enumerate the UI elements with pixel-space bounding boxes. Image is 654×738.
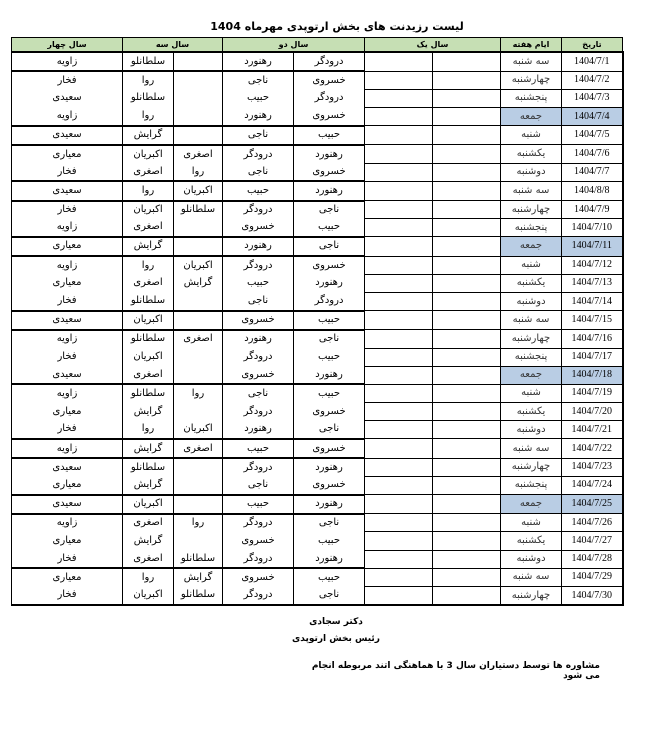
year2-cell-b: ناجی xyxy=(223,476,294,494)
year3-cell-a xyxy=(174,89,223,107)
date-cell: 1404/7/3 xyxy=(562,89,623,107)
year1-cell-b xyxy=(365,274,433,292)
year1-cell-a xyxy=(433,532,501,550)
year4-cell: زاویه xyxy=(12,219,123,237)
year2-cell-a: رهنورد xyxy=(294,495,365,514)
year2-cell-a: حبیب xyxy=(294,126,365,145)
year3-cell-b: گرایش xyxy=(123,476,174,494)
year1-cell-a xyxy=(433,384,501,402)
year2-cell-a: ناجی xyxy=(294,514,365,532)
year3-cell-b: روا xyxy=(123,256,174,274)
year1-cell-b xyxy=(365,181,433,200)
year1-cell-b xyxy=(365,292,433,310)
year3-cell-b: گرایش xyxy=(123,439,174,458)
table-row: معیاریاصغریگرایشحبیبرهنوردیکشنبه1404/7/1… xyxy=(12,274,623,292)
year3-cell-b: روا xyxy=(123,108,174,126)
year3-cell-a xyxy=(174,458,223,476)
signature-role: رئیس بخش ارتوپدی xyxy=(276,634,396,644)
year3-cell-b: اکبریان xyxy=(123,201,174,219)
year2-cell-b: ناجی xyxy=(223,71,294,89)
year2-cell-b: رهنورد xyxy=(223,237,294,256)
weekday-cell: سه شنبه xyxy=(501,52,562,71)
year2-cell-a: رهنورد xyxy=(294,550,365,568)
table-row: فخارسلطانلوناجیدرودگردوشنبه1404/7/14 xyxy=(12,292,623,310)
year1-cell-a xyxy=(433,292,501,310)
weekday-cell: شنبه xyxy=(501,384,562,402)
year1-cell-a xyxy=(433,219,501,237)
year2-cell-a: خسروی xyxy=(294,256,365,274)
year2-cell-b: ناجی xyxy=(223,163,294,181)
year2-cell-b: حبیب xyxy=(223,181,294,200)
year2-cell-a: خسروی xyxy=(294,439,365,458)
year2-cell-b: درودگر xyxy=(223,458,294,476)
year2-cell-b: خسروی xyxy=(223,568,294,586)
year2-cell-a: حبیب xyxy=(294,348,365,366)
weekday-cell: پنجشنبه xyxy=(501,89,562,107)
year1-cell-b xyxy=(365,366,433,384)
year3-cell-b: گرایش xyxy=(123,403,174,421)
year1-cell-b xyxy=(365,89,433,107)
year3-cell-a: اکبریان xyxy=(174,421,223,439)
weekday-cell: چهارشنبه xyxy=(501,458,562,476)
year1-cell-b xyxy=(365,384,433,402)
year4-cell: فخار xyxy=(12,550,123,568)
weekday-cell: شنبه xyxy=(501,514,562,532)
date-cell: 1404/7/10 xyxy=(562,219,623,237)
year3-cell-a xyxy=(174,476,223,494)
year4-cell: معیاری xyxy=(12,568,123,586)
year2-cell-a: ناجی xyxy=(294,237,365,256)
year1-cell-b xyxy=(365,421,433,439)
year1-cell-b xyxy=(365,514,433,532)
table-row: سعیدیاکبریانحبیبرهنوردجمعه1404/7/25 xyxy=(12,495,623,514)
date-cell: 1404/7/22 xyxy=(562,439,623,458)
date-cell: 1404/7/1 xyxy=(562,52,623,71)
table-row: معیاریگرایشدرودگرخسروییکشنبه1404/7/20 xyxy=(12,403,623,421)
table-row: زاویهگرایشاصغریحبیبخسرویسه شنبه1404/7/22 xyxy=(12,439,623,458)
year2-cell-b: خسروی xyxy=(223,532,294,550)
year4-cell: زاویه xyxy=(12,439,123,458)
header-year4: سال چهار xyxy=(12,38,123,53)
year2-cell-a: حبیب xyxy=(294,568,365,586)
table-row: فخاراکبریانسلطانلودرودگرناجیچهارشنبه1404… xyxy=(12,586,623,605)
year2-cell-b: درودگر xyxy=(223,403,294,421)
signature-name: دکتر سجادی xyxy=(296,617,376,627)
year2-cell-a: حبیب xyxy=(294,219,365,237)
year3-cell-b: سلطانلو xyxy=(123,52,174,71)
year1-cell-b xyxy=(365,476,433,494)
year3-cell-b: اکبریان xyxy=(123,495,174,514)
weekday-cell: یکشنبه xyxy=(501,145,562,163)
table-row: سعیدیاکبریانخسرویحبیبسه شنبه1404/7/15 xyxy=(12,311,623,330)
year1-cell-b xyxy=(365,458,433,476)
year1-cell-a xyxy=(433,550,501,568)
table-row: معیاریرواگرایشخسرویحبیبسه شنبه1404/7/29 xyxy=(12,568,623,586)
date-cell: 1404/7/20 xyxy=(562,403,623,421)
year4-cell: فخار xyxy=(12,421,123,439)
weekday-cell: دوشنبه xyxy=(501,550,562,568)
weekday-cell: پنجشنبه xyxy=(501,476,562,494)
year2-cell-a: خسروی xyxy=(294,163,365,181)
year2-cell-a: خسروی xyxy=(294,71,365,89)
date-cell: 1404/8/8 xyxy=(562,181,623,200)
table-row: معیاریگرایشخسرویحبیبیکشنبه1404/7/27 xyxy=(12,532,623,550)
year3-cell-a: سلطانلو xyxy=(174,201,223,219)
year3-cell-a: گرایش xyxy=(174,568,223,586)
weekday-cell: چهارشنبه xyxy=(501,71,562,89)
weekday-cell: شنبه xyxy=(501,256,562,274)
year3-cell-b: اصغری xyxy=(123,274,174,292)
date-cell: 1404/7/25 xyxy=(562,495,623,514)
year2-cell-a: درودگر xyxy=(294,292,365,310)
year3-cell-a xyxy=(174,71,223,89)
year3-cell-b: اصغری xyxy=(123,366,174,384)
year1-cell-a xyxy=(433,439,501,458)
table-row: فخاررواناجیخسرویچهارشنبه1404/7/2 xyxy=(12,71,623,89)
year3-cell-a: اصغری xyxy=(174,145,223,163)
year2-cell-b: درودگر xyxy=(223,201,294,219)
weekday-cell: یکشنبه xyxy=(501,532,562,550)
year1-cell-a xyxy=(433,568,501,586)
year3-cell-b: اکبریان xyxy=(123,311,174,330)
year1-cell-b xyxy=(365,256,433,274)
year2-cell-b: درودگر xyxy=(223,586,294,605)
year3-cell-b: اصغری xyxy=(123,550,174,568)
year1-cell-b xyxy=(365,532,433,550)
weekday-cell: یکشنبه xyxy=(501,274,562,292)
year4-cell: فخار xyxy=(12,163,123,181)
year1-cell-b xyxy=(365,330,433,348)
year3-cell-a: روا xyxy=(174,514,223,532)
year2-cell-a: حبیب xyxy=(294,311,365,330)
year3-cell-b: اصغری xyxy=(123,163,174,181)
year1-cell-a xyxy=(433,403,501,421)
date-cell: 1404/7/2 xyxy=(562,71,623,89)
year3-cell-a xyxy=(174,292,223,310)
date-cell: 1404/7/23 xyxy=(562,458,623,476)
header-year3: سال سه xyxy=(123,38,223,53)
year1-cell-a xyxy=(433,330,501,348)
year2-cell-a: حبیب xyxy=(294,532,365,550)
weekday-cell: شنبه xyxy=(501,126,562,145)
table-row: سعیدیاصغریخسرویرهنوردجمعه1404/7/18 xyxy=(12,366,623,384)
year2-cell-a: درودگر xyxy=(294,52,365,71)
year4-cell: سعیدی xyxy=(12,181,123,200)
year2-cell-b: حبیب xyxy=(223,89,294,107)
year2-cell-a: رهنورد xyxy=(294,181,365,200)
year3-cell-b: روا xyxy=(123,421,174,439)
weekday-cell: دوشنبه xyxy=(501,421,562,439)
year1-cell-a xyxy=(433,256,501,274)
year1-cell-a xyxy=(433,181,501,200)
year1-cell-b xyxy=(365,237,433,256)
year1-cell-a xyxy=(433,366,501,384)
date-cell: 1404/7/21 xyxy=(562,421,623,439)
table-row: زاویهاصغریروادرودگرناجیشنبه1404/7/26 xyxy=(12,514,623,532)
year1-cell-a xyxy=(433,586,501,605)
year4-cell: سعیدی xyxy=(12,311,123,330)
table-row: سعیدیسلطانلوحبیبدرودگرپنجشنبه1404/7/3 xyxy=(12,89,623,107)
year1-cell-a xyxy=(433,421,501,439)
year2-cell-b: درودگر xyxy=(223,348,294,366)
table-row: سعیدیگرایشناجیحبیبشنبه1404/7/5 xyxy=(12,126,623,145)
year4-cell: فخار xyxy=(12,348,123,366)
table-row: زاویهسلطانلورهنورددرودگرسه شنبه1404/7/1 xyxy=(12,52,623,71)
year2-cell-a: خسروی xyxy=(294,108,365,126)
weekday-cell: سه شنبه xyxy=(501,181,562,200)
year3-cell-b: سلطانلو xyxy=(123,292,174,310)
weekday-cell: جمعه xyxy=(501,366,562,384)
weekday-cell: جمعه xyxy=(501,495,562,514)
year1-cell-b xyxy=(365,163,433,181)
year3-cell-a: اصغری xyxy=(174,330,223,348)
year4-cell: زاویه xyxy=(12,256,123,274)
weekday-cell: سه شنبه xyxy=(501,439,562,458)
year3-cell-b: روا xyxy=(123,568,174,586)
year2-cell-a: رهنورد xyxy=(294,366,365,384)
consultation-note: مشاوره ها توسط دستیاران سال 3 با هماهنگی… xyxy=(300,661,600,681)
date-cell: 1404/7/6 xyxy=(562,145,623,163)
year4-cell: سعیدی xyxy=(12,89,123,107)
year4-cell: زاویه xyxy=(12,330,123,348)
year3-cell-a xyxy=(174,366,223,384)
date-cell: 1404/7/19 xyxy=(562,384,623,402)
weekday-cell: سه شنبه xyxy=(501,311,562,330)
year2-cell-a: ناجی xyxy=(294,421,365,439)
date-cell: 1404/7/4 xyxy=(562,108,623,126)
year3-cell-a xyxy=(174,126,223,145)
year2-cell-b: رهنورد xyxy=(223,421,294,439)
table-row: زاویهروااکبریاندرودگرخسرویشنبه1404/7/12 xyxy=(12,256,623,274)
year3-cell-a: سلطانلو xyxy=(174,586,223,605)
weekday-cell: دوشنبه xyxy=(501,292,562,310)
schedule-table: سال چهار سال سه سال دو سال یک ایام هفته … xyxy=(11,37,624,606)
year3-cell-b: روا xyxy=(123,71,174,89)
year3-cell-b: اصغری xyxy=(123,514,174,532)
year3-cell-a xyxy=(174,219,223,237)
year2-cell-a: خسروی xyxy=(294,403,365,421)
year2-cell-b: حبیب xyxy=(223,439,294,458)
year2-cell-a: رهنورد xyxy=(294,274,365,292)
year2-cell-b: رهنورد xyxy=(223,52,294,71)
date-cell: 1404/7/29 xyxy=(562,568,623,586)
year4-cell: معیاری xyxy=(12,274,123,292)
year1-cell-a xyxy=(433,495,501,514)
year1-cell-b xyxy=(365,439,433,458)
year2-cell-b: درودگر xyxy=(223,256,294,274)
year4-cell: سعیدی xyxy=(12,495,123,514)
date-cell: 1404/7/5 xyxy=(562,126,623,145)
year3-cell-a xyxy=(174,52,223,71)
year3-cell-a xyxy=(174,108,223,126)
header-date: تاریخ xyxy=(562,38,623,53)
weekday-cell: پنجشنبه xyxy=(501,348,562,366)
year3-cell-b: گرایش xyxy=(123,532,174,550)
year4-cell: سعیدی xyxy=(12,458,123,476)
year3-cell-b: اکبریان xyxy=(123,145,174,163)
table-row: سعیدیسلطانلودرودگررهنوردچهارشنبه1404/7/2… xyxy=(12,458,623,476)
table-row: زاویهروارهنوردخسرویجمعه1404/7/4 xyxy=(12,108,623,126)
year3-cell-a xyxy=(174,237,223,256)
title-text: لیست رزیدنت های بخش ارتوپدی مهرماه 1404 xyxy=(210,20,463,33)
schedule-body: زاویهسلطانلورهنورددرودگرسه شنبه1404/7/1ف… xyxy=(12,52,623,605)
year3-cell-a xyxy=(174,495,223,514)
header-year2: سال دو xyxy=(223,38,365,53)
date-cell: 1404/7/15 xyxy=(562,311,623,330)
table-row: معیاریاکبریاناصغریدرودگررهنوردیکشنبه1404… xyxy=(12,145,623,163)
table-row: فخاراکبریانسلطانلودرودگرناجیچهارشنبه1404… xyxy=(12,201,623,219)
year3-cell-a: روا xyxy=(174,384,223,402)
header-weekday: ایام هفته xyxy=(501,38,562,53)
page-title: لیست رزیدنت های بخش ارتوپدی مهرماه 1404 xyxy=(0,20,654,33)
year1-cell-a xyxy=(433,201,501,219)
year3-cell-b: اصغری xyxy=(123,219,174,237)
date-cell: 1404/7/13 xyxy=(562,274,623,292)
year3-cell-b: گرایش xyxy=(123,237,174,256)
table-row: سعیدیروااکبریانحبیبرهنوردسه شنبه1404/8/8 xyxy=(12,181,623,200)
year4-cell: معیاری xyxy=(12,532,123,550)
table-row: فخاراکبریاندرودگرحبیبپنجشنبه1404/7/17 xyxy=(12,348,623,366)
weekday-cell: سه شنبه xyxy=(501,568,562,586)
year2-cell-a: حبیب xyxy=(294,384,365,402)
date-cell: 1404/7/17 xyxy=(562,348,623,366)
year1-cell-b xyxy=(365,311,433,330)
year3-cell-a: اکبریان xyxy=(174,181,223,200)
year3-cell-b: روا xyxy=(123,181,174,200)
year4-cell: معیاری xyxy=(12,145,123,163)
date-cell: 1404/7/12 xyxy=(562,256,623,274)
table-row: معیاریگرایشرهنوردناجیجمعه1404/7/11 xyxy=(12,237,623,256)
year1-cell-b xyxy=(365,219,433,237)
year2-cell-a: رهنورد xyxy=(294,458,365,476)
year2-cell-a: ناجی xyxy=(294,586,365,605)
year2-cell-b: درودگر xyxy=(223,550,294,568)
year1-cell-b xyxy=(365,550,433,568)
year2-cell-a: درودگر xyxy=(294,89,365,107)
year2-cell-b: حبیب xyxy=(223,495,294,514)
year1-cell-b xyxy=(365,348,433,366)
year3-cell-a xyxy=(174,311,223,330)
year2-cell-b: ناجی xyxy=(223,384,294,402)
year1-cell-a xyxy=(433,476,501,494)
year1-cell-a xyxy=(433,89,501,107)
weekday-cell: جمعه xyxy=(501,237,562,256)
year2-cell-a: رهنورد xyxy=(294,145,365,163)
date-cell: 1404/7/7 xyxy=(562,163,623,181)
header-year1: سال یک xyxy=(365,38,501,53)
year3-cell-b: سلطانلو xyxy=(123,458,174,476)
year3-cell-b: سلطانلو xyxy=(123,89,174,107)
year1-cell-b xyxy=(365,201,433,219)
date-cell: 1404/7/9 xyxy=(562,201,623,219)
year2-cell-b: رهنورد xyxy=(223,108,294,126)
weekday-cell: پنجشنبه xyxy=(501,219,562,237)
year4-cell: سعیدی xyxy=(12,126,123,145)
year3-cell-b: اکبریان xyxy=(123,348,174,366)
year3-cell-a: اصغری xyxy=(174,439,223,458)
year3-cell-a xyxy=(174,532,223,550)
date-cell: 1404/7/16 xyxy=(562,330,623,348)
year1-cell-a xyxy=(433,514,501,532)
date-cell: 1404/7/30 xyxy=(562,586,623,605)
header-row: سال چهار سال سه سال دو سال یک ایام هفته … xyxy=(12,38,623,53)
year1-cell-a xyxy=(433,311,501,330)
weekday-cell: یکشنبه xyxy=(501,403,562,421)
weekday-cell: چهارشنبه xyxy=(501,586,562,605)
table-row: زاویهاصغریخسرویحبیبپنجشنبه1404/7/10 xyxy=(12,219,623,237)
date-cell: 1404/7/27 xyxy=(562,532,623,550)
year1-cell-a xyxy=(433,237,501,256)
year1-cell-b xyxy=(365,145,433,163)
year1-cell-b xyxy=(365,108,433,126)
year1-cell-a xyxy=(433,458,501,476)
year1-cell-a xyxy=(433,108,501,126)
year1-cell-b xyxy=(365,495,433,514)
date-cell: 1404/7/18 xyxy=(562,366,623,384)
year2-cell-b: خسروی xyxy=(223,311,294,330)
year1-cell-a xyxy=(433,126,501,145)
year4-cell: زاویه xyxy=(12,384,123,402)
year2-cell-b: حبیب xyxy=(223,274,294,292)
year3-cell-a: گرایش xyxy=(174,274,223,292)
year4-cell: زاویه xyxy=(12,52,123,71)
year1-cell-a xyxy=(433,274,501,292)
year4-cell: معیاری xyxy=(12,237,123,256)
year1-cell-a xyxy=(433,52,501,71)
year3-cell-b: سلطانلو xyxy=(123,384,174,402)
year4-cell: معیاری xyxy=(12,403,123,421)
year4-cell: زاویه xyxy=(12,514,123,532)
year2-cell-a: ناجی xyxy=(294,330,365,348)
year2-cell-b: خسروی xyxy=(223,366,294,384)
year1-cell-a xyxy=(433,348,501,366)
year1-cell-b xyxy=(365,568,433,586)
table-row: زاویهسلطانلواصغریرهنوردناجیچهارشنبه1404/… xyxy=(12,330,623,348)
year4-cell: فخار xyxy=(12,201,123,219)
year3-cell-b: سلطانلو xyxy=(123,330,174,348)
year4-cell: فخار xyxy=(12,292,123,310)
year2-cell-b: درودگر xyxy=(223,514,294,532)
weekday-cell: جمعه xyxy=(501,108,562,126)
date-cell: 1404/7/14 xyxy=(562,292,623,310)
year3-cell-a xyxy=(174,348,223,366)
year1-cell-a xyxy=(433,71,501,89)
year1-cell-b xyxy=(365,586,433,605)
table-row: زاویهسلطانلورواناجیحبیبشنبه1404/7/19 xyxy=(12,384,623,402)
year4-cell: فخار xyxy=(12,71,123,89)
date-cell: 1404/7/24 xyxy=(562,476,623,494)
year2-cell-a: ناجی xyxy=(294,201,365,219)
year4-cell: زاویه xyxy=(12,108,123,126)
year1-cell-b xyxy=(365,126,433,145)
weekday-cell: چهارشنبه xyxy=(501,201,562,219)
year3-cell-a: روا xyxy=(174,163,223,181)
table-row: فخارروااکبریانرهنوردناجیدوشنبه1404/7/21 xyxy=(12,421,623,439)
weekday-cell: چهارشنبه xyxy=(501,330,562,348)
table-row: فخاراصغریرواناجیخسرویدوشنبه1404/7/7 xyxy=(12,163,623,181)
table-row: معیاریگرایشناجیخسرویپنجشنبه1404/7/24 xyxy=(12,476,623,494)
year3-cell-a: اکبریان xyxy=(174,256,223,274)
weekday-cell: دوشنبه xyxy=(501,163,562,181)
year2-cell-b: درودگر xyxy=(223,145,294,163)
date-cell: 1404/7/26 xyxy=(562,514,623,532)
year3-cell-a xyxy=(174,403,223,421)
year1-cell-a xyxy=(433,163,501,181)
year3-cell-a: سلطانلو xyxy=(174,550,223,568)
year1-cell-b xyxy=(365,52,433,71)
year1-cell-b xyxy=(365,403,433,421)
year4-cell: سعیدی xyxy=(12,366,123,384)
